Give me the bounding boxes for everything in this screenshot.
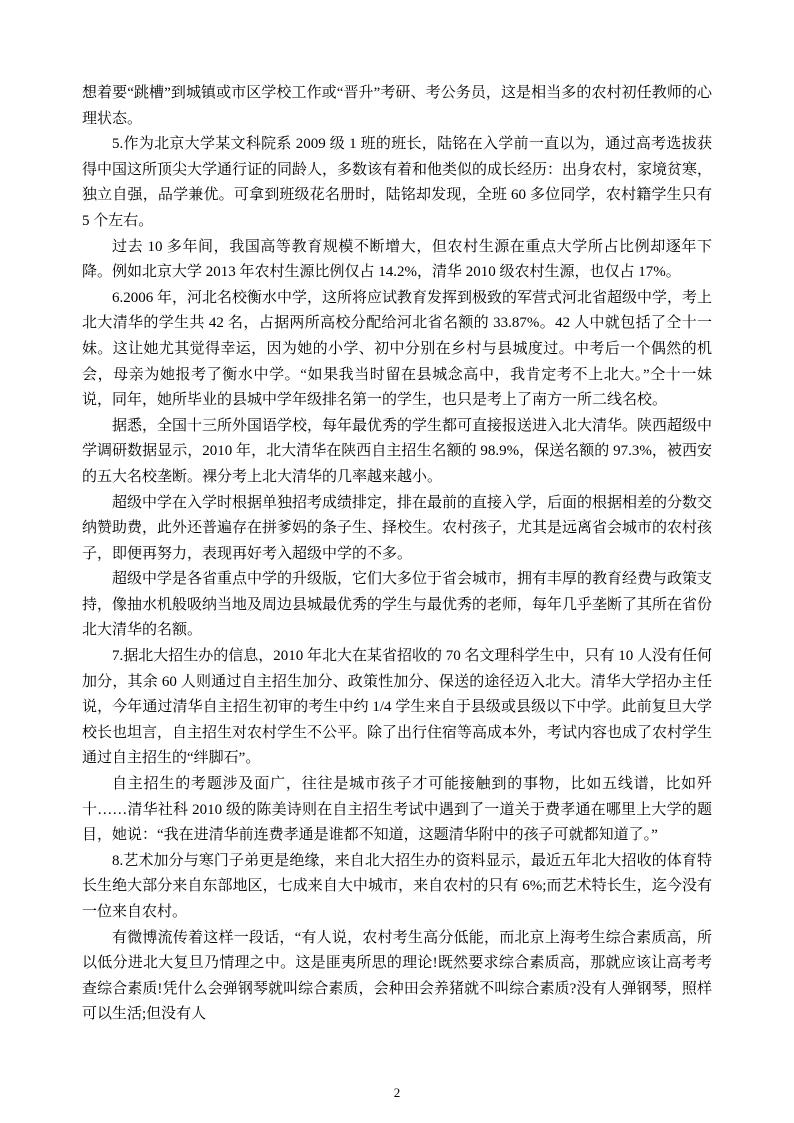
- page-number: 2: [394, 1085, 401, 1100]
- document-body: 想着要“跳槽”到城镇或市区学校工作或“晋升”考研、考公务员，这是相当多的农村初任…: [82, 81, 712, 1028]
- page-footer: 2: [0, 1085, 794, 1101]
- paragraph: 7.据北大招生办的信息，2010 年北大在某省招收的 70 名文理科学生中，只有…: [82, 644, 712, 772]
- paragraph: 过去 10 多年间，我国高等教育规模不断增大，但农村生源在重点大学所占比例却逐年…: [82, 235, 712, 286]
- paragraph: 有微博流传着这样一段话，“有人说，农村考生高分低能，而北京上海考生综合素质高，所…: [82, 926, 712, 1028]
- paragraph: 8.艺术加分与寒门子弟更是绝缘，来自北大招生办的资料显示，最近五年北大招收的体育…: [82, 849, 712, 926]
- paragraph: 自主招生的考题涉及面广，往往是城市孩子才可能接触到的事物，比如五线谱，比如歼十……: [82, 772, 712, 849]
- paragraph: 超级中学是各省重点中学的升级版，它们大多位于省会城市，拥有丰厚的教育经费与政策支…: [82, 567, 712, 644]
- paragraph: 想着要“跳槽”到城镇或市区学校工作或“晋升”考研、考公务员，这是相当多的农村初任…: [82, 81, 712, 132]
- document-page: 想着要“跳槽”到城镇或市区学校工作或“晋升”考研、考公务员，这是相当多的农村初任…: [0, 0, 794, 1123]
- paragraph: 5.作为北京大学某文科院系 2009 级 1 班的班长，陆铭在入学前一直以为，通…: [82, 132, 712, 234]
- paragraph: 超级中学在入学时根据单独招考成绩排定，排在最前的直接入学，后面的根据相差的分数交…: [82, 491, 712, 568]
- paragraph: 据悉，全国十三所外国语学校，每年最优秀的学生都可直接报送进入北大清华。陕西超级中…: [82, 414, 712, 491]
- paragraph: 6.2006 年，河北名校衡水中学，这所将应试教育发挥到极致的军营式河北省超级中…: [82, 286, 712, 414]
